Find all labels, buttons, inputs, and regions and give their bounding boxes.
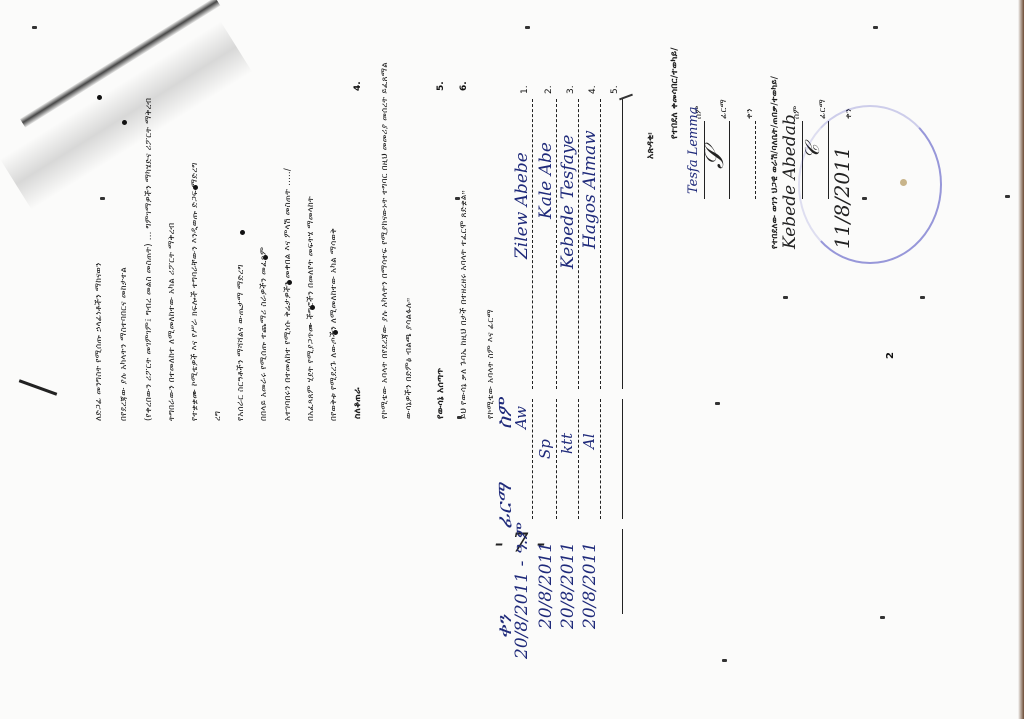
row-line [556,399,557,519]
page-number: 2 [885,352,896,359]
bullet-text: በየደረጃው ያሉ አካላትን ማስተባበርና መከታተል [119,267,129,421]
row-signature: ktt [558,433,576,454]
row-line [532,399,533,519]
prepared-by-signature-label: ፊርማ [719,99,729,119]
bullet-text: በየወቅቱ የሚደረጉ ለውጦችን ለሚመለከተው አካል ማሳወቅ [329,228,339,421]
row-date: 20/8/2011 - ዓ.ም [512,524,532,659]
speck [783,296,788,299]
bullet-text: ለድጋፊ መንግስት የሚሰጡ ኃላፊነቶችን ማከናወን [94,262,104,421]
bullet-text: በበላይ አመራሩ የሚሰጡ ተጨማሪ ስራዎችን መፈጸም [259,247,269,421]
bullet-text: የተቋቋሙ ኮሚቴዎች እና የሥራ ክፍሎች ተግባራቸውን እንዲወጡ ድጋ… [190,162,200,421]
row-line [622,399,623,519]
speck [457,416,462,419]
prepared-by-name: Tesfa Lemma [686,107,701,194]
speck [525,26,530,29]
stamp-dot [900,179,907,186]
official-stamp [798,105,942,264]
row-line [600,99,601,389]
section-text: ይህ የውሳኔ ቃለ ጉባኤ ከዚህ በታች በተዘረዘሩ አባላት ተፈርሞ … [459,190,469,419]
bullet-text-continued: ትግበራውን በተመለከተ ለሚመለከተው አካል ሪፖርት ማቅረብ [167,223,177,421]
row-line [532,99,533,389]
approved-by-signature-label: ፊርማ [818,99,828,119]
section-paragraph: ውሳኔዎችን በድምፅ ብልጫ ያሳልፋሉ። [404,298,414,419]
speck [32,26,37,29]
row-line [600,399,601,519]
bullet-text-continued: (የቀረበውን ሪፖርት መገምገም፤ ግብረ መልስ መስጠት) ... ግም… [144,98,154,421]
row-line [578,99,579,389]
speck [880,616,885,619]
speck [873,26,878,29]
prepared-by-signature: 𝒮 [700,149,731,169]
approved-by-title: የተበደለው ወገን ህጋዊ ወራሽ/ባለቤት/ጠበቃ/ተወካይ/ [770,76,780,249]
paper-edge [1018,0,1024,719]
speck [100,197,105,200]
speck [1005,195,1010,198]
row-line [556,99,557,389]
row-line [578,399,579,519]
row-name: Kale Abe [536,142,556,219]
bullet-dot [97,95,102,100]
speck [920,296,925,299]
bullet-text: የአሰራር ስርዓቶችን ማሻሻልና ውጤታማ ማድረግ [236,264,246,421]
field-line [755,121,756,199]
table-header-signature: ፊርማ [492,484,516,529]
row-number: 5. [610,85,620,94]
row-date: 20/8/2011 [580,542,600,629]
row-date: 20/8/2011 [558,542,578,629]
section-number: 6. [459,81,469,91]
row-number: 1. [520,85,530,94]
row-name: Kebede Tesfaye [558,135,578,270]
row-line [622,529,623,614]
document-page: - 7 - ለድጋፊ መንግስት የሚሰጡ ኃላፊነቶችን ማከናወን በየደረ… [0,0,1024,719]
speck [455,197,460,200]
speck [862,197,867,200]
section-number: 5. [436,81,446,91]
row-line [622,99,623,389]
bullet-dot [240,230,245,235]
section-title: ስለቆጠራ [353,387,363,419]
bullet-text: አተገባበሩን በተመለከተ የሚነሱ ቅሬታዎችን መቀበል እና ምላሽ መ… [283,168,293,421]
pen-mark [619,94,633,101]
row-date: 20/8/2011 [536,542,556,629]
section-title: የውሳኔ አሰጣጥ [436,368,446,419]
approved-by-name: Kebede Abedab [780,114,800,249]
row-number: 2. [544,85,554,94]
pen-stroke [19,379,58,395]
prepared-by-title: የተበደለ ቀመሳበር/ተወካይ/ [670,47,680,139]
row-signature: Aw [512,406,530,429]
speck [722,659,727,662]
section-paragraph: የኮሚቴው አባላት በየደረጃው ያሉ አካላትን በማሳተፍ የሚያከናውኑ… [380,62,390,419]
row-name: Zilew Abebe [512,152,532,259]
speck [715,402,720,405]
row-number: 4. [588,85,598,94]
approval-label: አጽዳቂ፡ [646,132,656,159]
section-number: 4. [353,81,363,91]
row-signature: Al [580,433,598,449]
row-name: Hagos Almaw [580,130,600,249]
row-signature: Sp [536,439,554,459]
prepared-by-date-label: ቀን [745,108,755,119]
row-number: 3. [566,85,576,94]
bullet-text-continued: ረግ [213,411,223,421]
bullet-text: በአፈጻጸም ሂደት የሚያጋጥሙ ችግሮችን በመለየት መፍትሄ ማመላከት [306,196,316,421]
bullet-dot [122,120,127,125]
